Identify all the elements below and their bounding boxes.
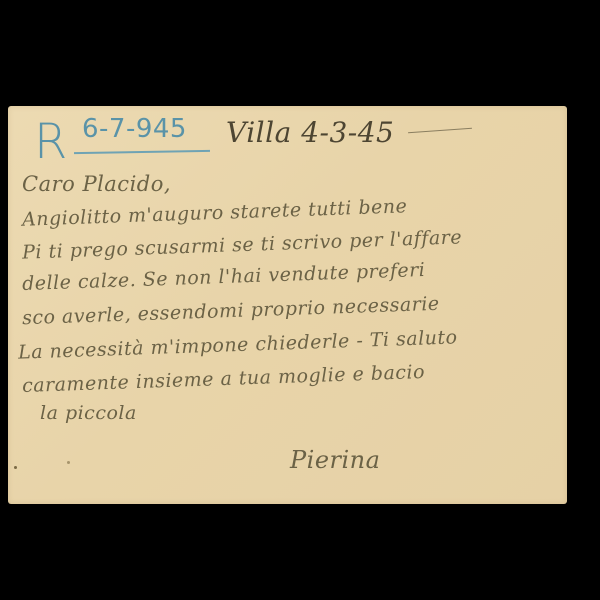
received-date: 6-7-945 [82,114,187,144]
paper-spot [67,461,70,464]
postcard: R 6-7-945 Villa 4-3-45 Caro Placido, Ang… [8,106,567,504]
body-line-4: sco averle, essendomi proprio necessarie [22,293,440,330]
body-line-6: caramente insieme a tua moglie e bacio [22,361,426,397]
body-line-5: La necessità m'impone chiederle - Ti sal… [18,326,458,363]
paper-spot [14,466,17,469]
place-date: Villa 4-3-45 [226,116,394,149]
received-date-underline [74,150,210,154]
body-line-1: Angiolitto m'auguro starete tutti bene [22,195,408,230]
body-line-7: la piccola [40,402,137,424]
salutation: Caro Placido, [22,172,171,196]
place-date-underline [408,128,472,133]
receipt-mark: R [34,114,68,170]
body-line-2: Pi ti prego scusarmi se ti scrivo per l'… [22,226,463,263]
body-line-3: delle calze. Se non l'hai vendute prefer… [22,259,426,295]
signature: Pierina [290,446,380,474]
